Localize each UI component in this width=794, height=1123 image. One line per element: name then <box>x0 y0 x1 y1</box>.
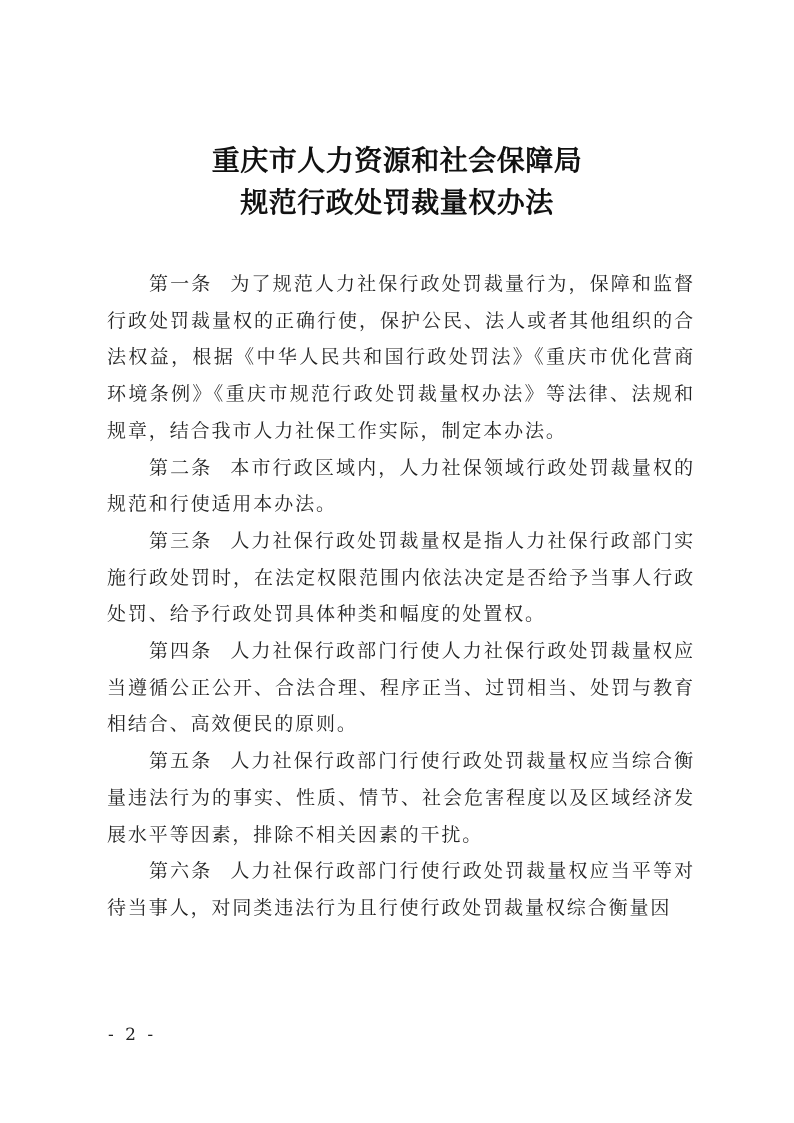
title-line-1: 重庆市人力资源和社会保障局 <box>0 140 794 182</box>
title-line-2: 规范行政处罚裁量权办法 <box>0 182 794 224</box>
article-number: 第三条 <box>149 530 212 552</box>
article-number: 第一条 <box>149 273 212 295</box>
document-title: 重庆市人力资源和社会保障局 规范行政处罚裁量权办法 <box>0 140 794 224</box>
page-number: - 2 - <box>108 1025 156 1045</box>
article-number: 第六条 <box>149 860 212 882</box>
article-1: 第一条为了规范人力社保行政处罚裁量行为，保障和监督行政处罚裁量权的正确行使，保护… <box>107 266 695 450</box>
article-number: 第四条 <box>149 640 212 662</box>
article-3: 第三条人力社保行政处罚裁量权是指人力社保行政部门实施行政处罚时，在法定权限范围内… <box>107 523 695 633</box>
article-2: 第二条本市行政区域内，人力社保领域行政处罚裁量权的规范和行使适用本办法。 <box>107 450 695 523</box>
article-4: 第四条人力社保行政部门行使人力社保行政处罚裁量权应当遵循公正公开、合法合理、程序… <box>107 633 695 743</box>
article-number: 第二条 <box>149 457 212 479</box>
article-text: 为了规范人力社保行政处罚裁量行为，保障和监督行政处罚裁量权的正确行使，保护公民、… <box>107 273 695 442</box>
article-number: 第五条 <box>149 750 212 772</box>
document-body: 第一条为了规范人力社保行政处罚裁量行为，保障和监督行政处罚裁量权的正确行使，保护… <box>107 266 695 927</box>
article-6: 第六条人力社保行政部门行使行政处罚裁量权应当平等对待当事人，对同类违法行为且行使… <box>107 853 695 926</box>
document-page: 重庆市人力资源和社会保障局 规范行政处罚裁量权办法 第一条为了规范人力社保行政处… <box>0 0 794 1123</box>
article-5: 第五条人力社保行政部门行使行政处罚裁量权应当综合衡量违法行为的事实、性质、情节、… <box>107 743 695 853</box>
